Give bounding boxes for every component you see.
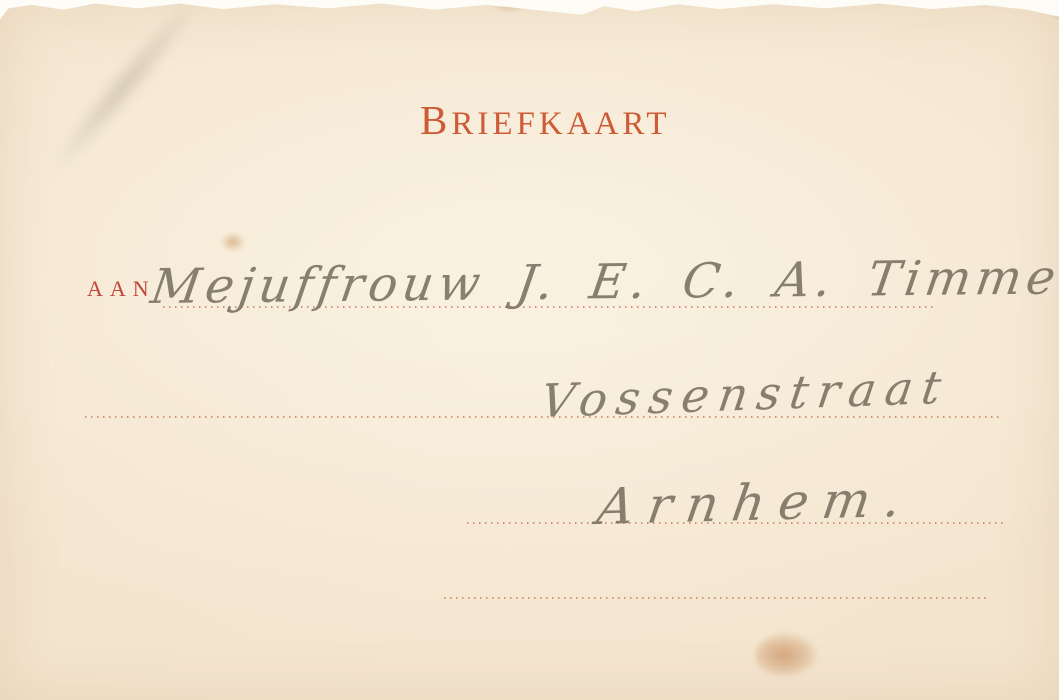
paper-stain-upper-left	[220, 232, 246, 252]
paper-stain-bottom	[755, 632, 819, 678]
paper-stain-top-edge	[490, 0, 530, 12]
briefkaart-title: BRIEFKAART	[420, 100, 671, 141]
handwritten-addressee: Mejuffrouw J. E. C. A. Timmer.	[148, 253, 1059, 311]
pencil-smudge-top-left	[40, 0, 211, 183]
address-rule-line-4	[444, 597, 990, 599]
aan-label: AAN	[87, 278, 156, 300]
scan-background: BRIEFKAART AAN Mejuffrouw J. E. C. A. Ti…	[0, 0, 1059, 700]
postcard-back: BRIEFKAART AAN Mejuffrouw J. E. C. A. Ti…	[0, 0, 1059, 700]
handwritten-city: Arnhem.	[594, 474, 918, 532]
corner-crease-top-right	[969, 0, 1059, 36]
handwritten-street: Vossenstraat	[538, 364, 953, 424]
